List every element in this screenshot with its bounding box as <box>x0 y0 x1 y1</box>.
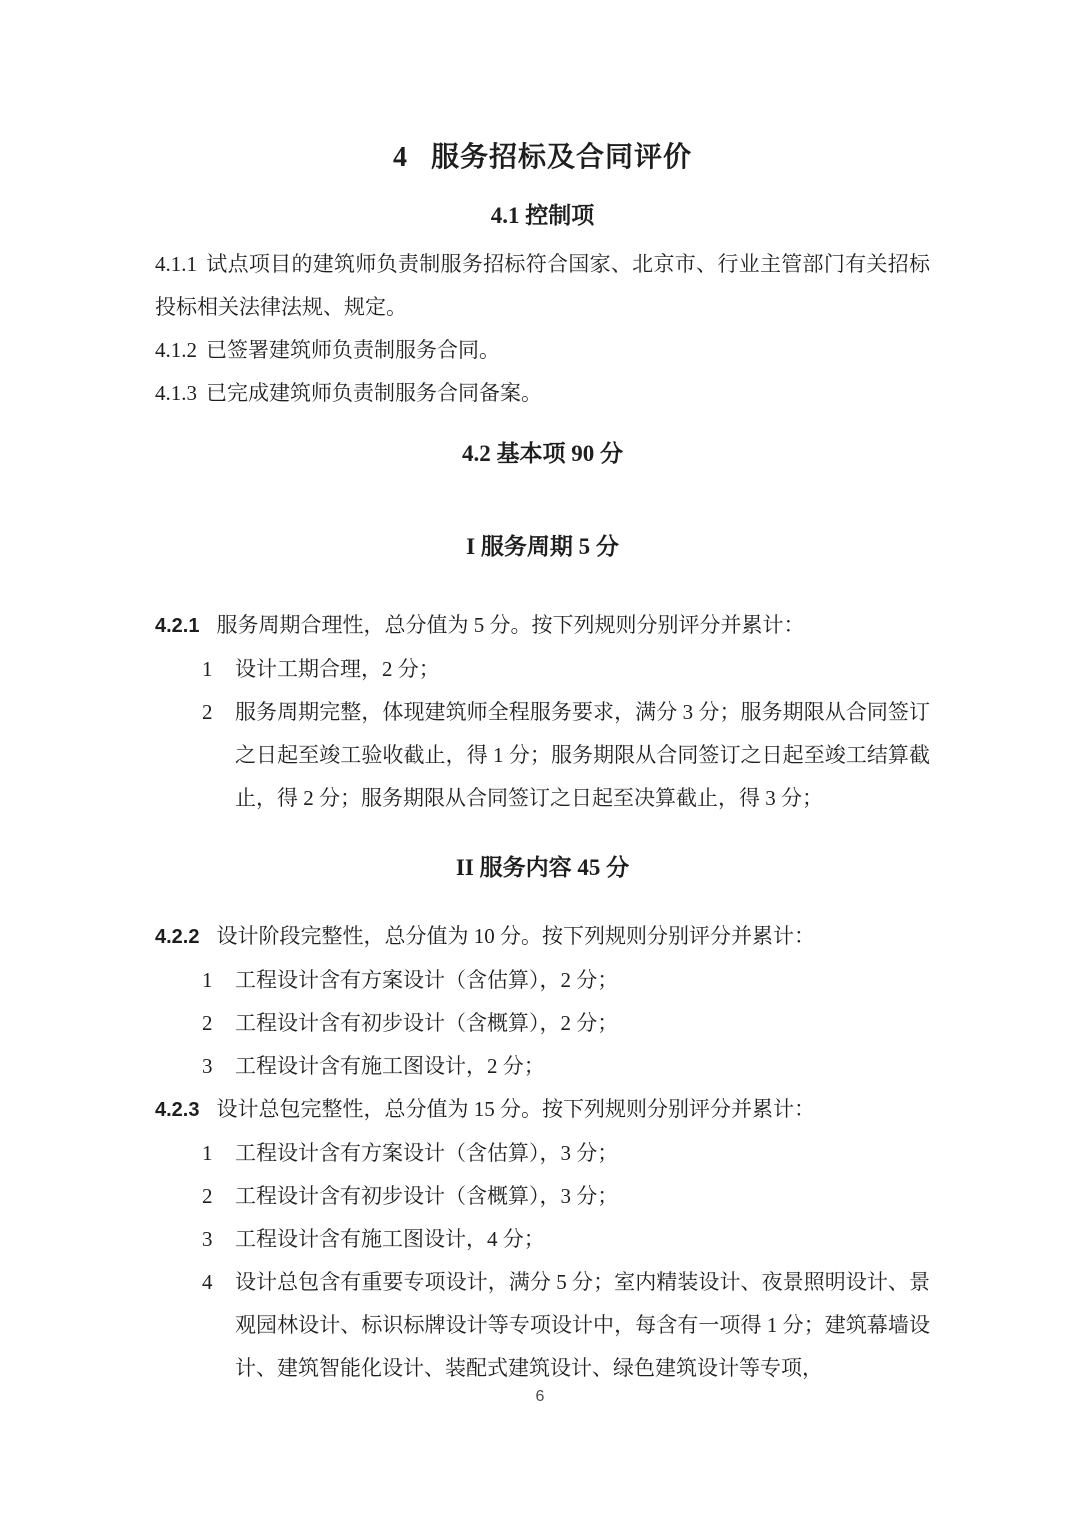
item-number: 1 <box>202 1132 235 1175</box>
chapter-number: 4 <box>393 142 407 173</box>
clause-number: 4.1.1 <box>155 252 197 276</box>
item-number: 2 <box>202 691 235 820</box>
list-item: 2 服务周期完整，体现建筑师全程服务要求，满分 3 分；服务期限从合同签订之日起… <box>155 691 930 820</box>
document-page: 4服务招标及合同评价 4.1 控制项 4.1.1试点项目的建筑师负责制服务招标符… <box>0 0 1080 1527</box>
item-text: 工程设计含有方案设计（含估算），3 分； <box>235 1132 930 1175</box>
list-item: 2 工程设计含有初步设计（含概算），3 分； <box>155 1175 930 1218</box>
clause-number: 4.2.3 <box>155 1099 199 1121</box>
item-number: 4 <box>202 1261 235 1390</box>
clause-4-1-3: 4.1.3已完成建筑师负责制服务合同备案。 <box>155 372 930 415</box>
item-text: 服务周期完整，体现建筑师全程服务要求，满分 3 分；服务期限从合同签订之日起至竣… <box>235 691 930 820</box>
clause-number: 4.2.1 <box>155 615 199 637</box>
list-item: 1 工程设计含有方案设计（含估算），2 分； <box>155 959 930 1002</box>
clause-text: 服务周期合理性，总分值为 5 分。按下列规则分别评分并累计： <box>216 613 804 637</box>
clause-4-2-3: 4.2.3设计总包完整性，总分值为 15 分。按下列规则分别评分并累计： <box>155 1088 930 1132</box>
clause-number: 4.2.2 <box>155 926 199 948</box>
item-text: 设计总包含有重要专项设计，满分 5 分；室内精装设计、夜景照明设计、景观园林设计… <box>235 1261 930 1390</box>
item-number: 1 <box>202 648 235 691</box>
item-text: 工程设计含有初步设计（含概算），3 分； <box>235 1175 930 1218</box>
item-number: 2 <box>202 1175 235 1218</box>
section-4-1-body: 4.1.1试点项目的建筑师负责制服务招标符合国家、北京市、行业主管部门有关招标投… <box>155 243 930 415</box>
item-number: 3 <box>202 1218 235 1261</box>
sub-heading-service-period: I 服务周期 5 分 <box>155 532 930 562</box>
list-item: 1 设计工期合理，2 分； <box>155 648 930 691</box>
list-item: 3 工程设计含有施工图设计，2 分； <box>155 1045 930 1088</box>
clause-text: 设计总包完整性，总分值为 15 分。按下列规则分别评分并累计： <box>216 1097 815 1121</box>
clause-text: 试点项目的建筑师负责制服务招标符合国家、北京市、行业主管部门有关招标投标相关法律… <box>155 252 930 319</box>
item-text: 工程设计含有方案设计（含估算），2 分； <box>235 959 930 1002</box>
chapter-title-text: 服务招标及合同评价 <box>431 142 692 173</box>
item-text: 设计工期合理，2 分； <box>235 648 930 691</box>
clause-4-1-1: 4.1.1试点项目的建筑师负责制服务招标符合国家、北京市、行业主管部门有关招标投… <box>155 243 930 329</box>
clause-4-2-2: 4.2.2设计阶段完整性，总分值为 10 分。按下列规则分别评分并累计： <box>155 915 930 959</box>
item-text: 工程设计含有施工图设计，4 分； <box>235 1218 930 1261</box>
clause-4-2-1: 4.2.1服务周期合理性，总分值为 5 分。按下列规则分别评分并累计： <box>155 604 930 648</box>
item-number: 2 <box>202 1002 235 1045</box>
list-item: 2 工程设计含有初步设计（含概算），2 分； <box>155 1002 930 1045</box>
clause-text: 已签署建筑师负责制服务合同。 <box>206 338 500 362</box>
section-heading-4-1: 4.1 控制项 <box>155 201 930 231</box>
clause-text: 已完成建筑师负责制服务合同备案。 <box>206 381 542 405</box>
item-text: 工程设计含有施工图设计，2 分； <box>235 1045 930 1088</box>
sub-heading-service-content: II 服务内容 45 分 <box>155 853 930 883</box>
page-number: 6 <box>0 1388 1080 1406</box>
clause-number: 4.1.2 <box>155 338 197 362</box>
item-number: 1 <box>202 959 235 1002</box>
list-item: 4 设计总包含有重要专项设计，满分 5 分；室内精装设计、夜景照明设计、景观园林… <box>155 1261 930 1390</box>
section-heading-4-2: 4.2 基本项 90 分 <box>155 439 930 469</box>
list-item: 3 工程设计含有施工图设计，4 分； <box>155 1218 930 1261</box>
list-item: 1 工程设计含有方案设计（含估算），3 分； <box>155 1132 930 1175</box>
clause-number: 4.1.3 <box>155 381 197 405</box>
chapter-title: 4服务招标及合同评价 <box>155 140 930 176</box>
item-number: 3 <box>202 1045 235 1088</box>
clause-text: 设计阶段完整性，总分值为 10 分。按下列规则分别评分并累计： <box>216 924 815 948</box>
item-text: 工程设计含有初步设计（含概算），2 分； <box>235 1002 930 1045</box>
clause-4-1-2: 4.1.2已签署建筑师负责制服务合同。 <box>155 329 930 372</box>
